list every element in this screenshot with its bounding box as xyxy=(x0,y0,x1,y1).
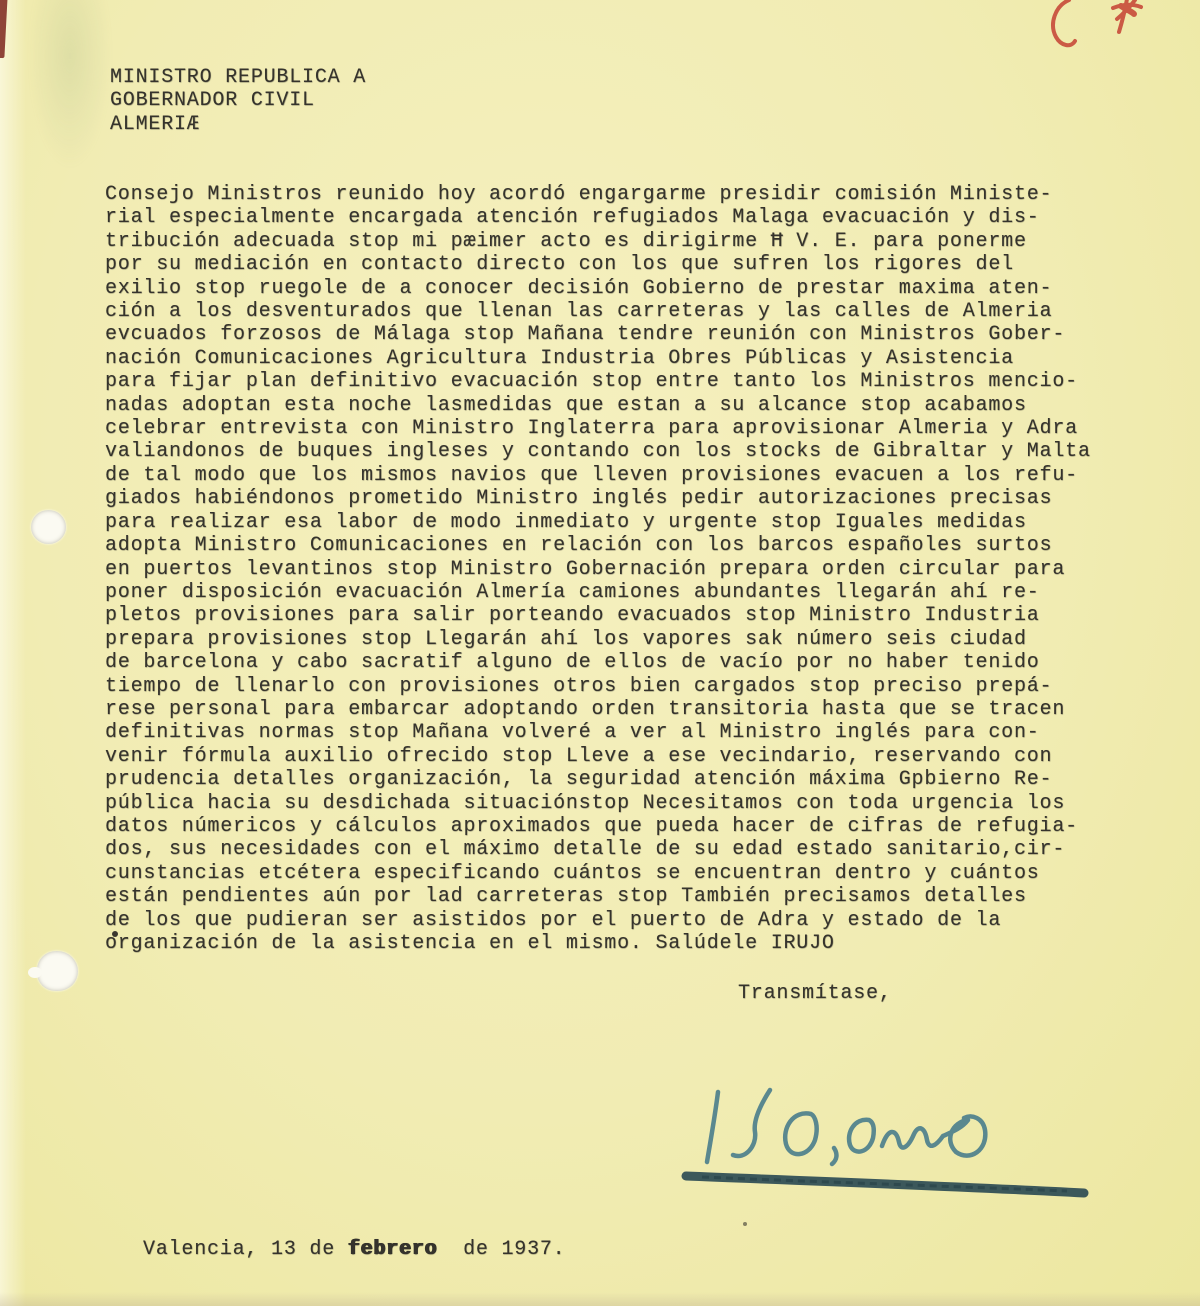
ink-speck xyxy=(743,1222,747,1226)
telegram-body: Consejo Ministros reunido hoy acordó eng… xyxy=(105,183,1091,955)
closing-word: Transmítase, xyxy=(738,982,892,1005)
punch-hole-top xyxy=(31,510,66,544)
punch-hole-bottom xyxy=(37,951,78,991)
recipient-header: MINISTRO REPUBLICA A GOBERNADOR CIVIL AL… xyxy=(110,66,366,136)
date-prefix: Valencia, 13 de xyxy=(143,1238,348,1261)
date-line: Valencia, 13 de febrero de 1937. xyxy=(143,1238,566,1261)
ink-speck xyxy=(112,931,118,937)
handwritten-number xyxy=(672,1076,1102,1213)
telegram-document-page: MINISTRO REPUBLICA A GOBERNADOR CIVIL AL… xyxy=(0,0,1200,1306)
red-pencil-annotation xyxy=(1035,0,1165,76)
date-month-overtyped: febrero xyxy=(348,1238,438,1261)
faint-stamp xyxy=(28,0,112,170)
red-corner-mark xyxy=(0,0,8,58)
date-suffix: de 1937. xyxy=(437,1238,565,1261)
